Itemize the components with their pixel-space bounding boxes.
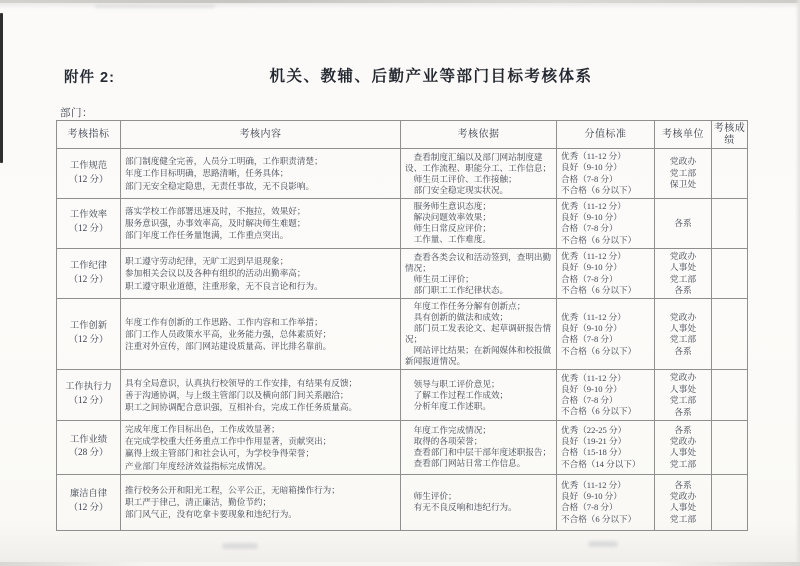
standard-item: 优秀（11-12 分） xyxy=(561,480,650,491)
indicator-name: 工作业绩 xyxy=(61,434,116,448)
basis-item: 师生员工评价、工作接触； xyxy=(405,174,552,185)
unit-item: 人事处 xyxy=(659,447,707,458)
unit-item: 党政办 xyxy=(659,251,707,262)
cell-result xyxy=(712,474,748,530)
unit-item: 党工部 xyxy=(659,459,707,470)
unit-item: 人事处 xyxy=(659,323,707,334)
unit-item: 人事处 xyxy=(659,262,707,273)
unit-item: 各系 xyxy=(659,346,707,357)
unit-item: 各系 xyxy=(659,218,707,229)
table-row: 工作规范 （12 分） 部门制度健全完善，人员分工明确，工作职责清楚； 年度工作… xyxy=(57,149,748,199)
cell-basis: 师生评价； 有无不良反响和违纪行为。 xyxy=(401,474,557,530)
indicator-name: 工作效率 xyxy=(61,209,116,223)
cell-basis: 年度工作完成情况； 取得的各项荣誉； 查看部门和中层干部年度述职报告； 查看部门… xyxy=(401,421,557,475)
basis-item: 年度工作任务分解有创新点； xyxy=(405,301,552,312)
content-item: 年度工作有创新的工作思路、工作内容和工作举措； xyxy=(125,316,396,328)
unit-item: 党工部 xyxy=(659,274,707,285)
cell-units: 党政办 人事处 党工部 各系 xyxy=(655,248,712,299)
table-row: 工作纪律 （12 分） 职工遵守劳动纪律，无旷工迟到早退现象； 参加相关会议以及… xyxy=(57,248,748,299)
standard-item: 不合格（6 分以下） xyxy=(561,235,650,246)
page-title: 机关、教辅、后勤产业等部门目标考核体系 xyxy=(0,64,800,86)
basis-item: 工作量、工作难度。 xyxy=(405,234,552,245)
basis-item: 师生评价； xyxy=(405,491,552,502)
cell-result xyxy=(712,299,748,370)
scan-smudge xyxy=(95,5,215,8)
content-item: 职工严于律己，清正廉洁，勤俭节约； xyxy=(125,496,396,508)
basis-item: 部门安全稳定现实状况。 xyxy=(405,185,552,196)
unit-item: 党政办 xyxy=(659,156,707,167)
cell-standard: 优秀（11-12 分） 良好（9-10 分） 合格（7-8 分） 不合格（6 分… xyxy=(557,149,655,199)
column-header-result: 考核成绩 xyxy=(712,121,748,149)
unit-item: 各系 xyxy=(659,425,707,436)
column-header-content: 考核内容 xyxy=(121,121,401,149)
department-label: 部门： xyxy=(60,105,93,120)
cell-units: 各系 党政办 人事处 党工部 xyxy=(655,474,712,530)
indicator-score: （12 分） xyxy=(61,502,116,516)
standard-item: 合格（7-8 分） xyxy=(561,223,650,234)
content-item: 部门年度工作任务量饱满，工作重点突出。 xyxy=(125,229,396,241)
standard-item: 不合格（6 分以下） xyxy=(561,346,650,357)
standard-item: 优秀（11-12 分） xyxy=(561,201,650,212)
content-item: 部门无安全稳定隐患，无责任事故，无不良影响。 xyxy=(125,180,396,192)
scan-smudge xyxy=(588,541,618,547)
standard-item: 不合格（6 分以下） xyxy=(561,406,650,417)
standard-item: 良好（9-10 分） xyxy=(561,323,650,334)
basis-item: 查看部门网站日常工作信息。 xyxy=(405,458,552,469)
standard-item: 合格（7-8 分） xyxy=(561,395,650,406)
cell-standard: 优秀（11-12 分） 良好（9-10 分） 合格（7-8 分） 不合格（6 分… xyxy=(557,370,655,421)
basis-item: 解决问题效率效果； xyxy=(405,212,552,223)
indicator-score: （12 分） xyxy=(61,274,116,288)
cell-standard: 优秀（11-12 分） 良好（9-10 分） 合格（7-8 分） 不合格（6 分… xyxy=(557,299,655,370)
standard-item: 优秀（11-12 分） xyxy=(561,251,650,262)
cell-basis: 年度工作任务分解有创新点； 具有创新的做法和成效； 部门员工发表论文、起草调研报… xyxy=(401,299,557,370)
standard-item: 合格（15-18 分） xyxy=(561,447,650,458)
basis-item: 部门职工工作纪律状态。 xyxy=(405,285,552,296)
content-item: 完成年度工作目标出色，工作成效显著； xyxy=(125,423,396,435)
standard-item: 良好（9-10 分） xyxy=(561,384,650,395)
cell-indicator: 廉洁自律 （12 分） xyxy=(57,474,121,530)
cell-units: 党政办 人事处 党工部 各系 xyxy=(655,299,712,370)
content-item: 职工遵守劳动纪律，无旷工迟到早退现象； xyxy=(125,255,396,267)
cell-standard: 优秀（11-12 分） 良好（9-10 分） 合格（7-8 分） 不合格（6 分… xyxy=(557,199,655,249)
basis-item: 服务师生意识态度； xyxy=(405,201,552,212)
table-row: 工作业绩 （28 分） 完成年度工作目标出色，工作成效显著； 在完成学校重大任务… xyxy=(57,421,748,475)
standard-item: 良好（9-10 分） xyxy=(561,212,650,223)
standard-item: 不合格（6 分以下） xyxy=(561,285,650,296)
column-header-indicator: 考核指标 xyxy=(57,121,121,149)
content-item: 产业部门年度经济效益指标完成情况。 xyxy=(125,460,396,472)
unit-item: 各系 xyxy=(659,480,707,491)
content-item: 服务意识强，办事效率高，及时解决师生难题； xyxy=(125,217,396,229)
unit-item: 党政办 xyxy=(659,436,707,447)
basis-item: 有无不良反响和违纪行为。 xyxy=(405,502,552,513)
cell-standard: 优秀（11-12 分） 良好（9-10 分） 合格（7-8 分） 不合格（6 分… xyxy=(557,248,655,299)
cell-indicator: 工作业绩 （28 分） xyxy=(57,421,121,475)
content-item: 注重对外宣传，部门网站建设质量高、评比排名靠前。 xyxy=(125,340,396,352)
indicator-score: （12 分） xyxy=(61,334,116,348)
indicator-score: （12 分） xyxy=(61,395,116,409)
table-row: 廉洁自律 （12 分） 推行校务公开和阳光工程，公平公正，无暗箱操作行为； 职工… xyxy=(57,474,748,530)
assessment-table: 考核指标 考核内容 考核依据 分值标准 考核单位 考核成绩 工作规范 （12 分… xyxy=(56,120,748,531)
standard-item: 合格（7-8 分） xyxy=(561,502,650,513)
indicator-name: 工作创新 xyxy=(61,320,116,334)
basis-item: 查看部门和中层干部年度述职报告； xyxy=(405,447,552,458)
unit-item: 保卫处 xyxy=(659,179,707,190)
content-item: 在完成学校重大任务重点工作中作用显著，贡献突出； xyxy=(125,435,396,447)
scan-smudge xyxy=(222,543,258,549)
cell-standard: 优秀（22-25 分） 良好（19-21 分） 合格（15-18 分） 不合格（… xyxy=(557,421,655,475)
cell-content: 落实学校工作部署迅速及时，不拖拉，效果好； 服务意识强，办事效率高，及时解决师生… xyxy=(121,199,401,249)
cell-indicator: 工作执行力 （12 分） xyxy=(57,370,121,421)
indicator-name: 廉洁自律 xyxy=(61,488,116,502)
standard-item: 良好（9-10 分） xyxy=(561,162,650,173)
content-item: 善于沟通协调，与上级主管部门以及横向部门间关系融洽； xyxy=(125,389,396,401)
content-item: 推行校务公开和阳光工程，公平公正，无暗箱操作行为； xyxy=(125,484,396,496)
standard-item: 不合格（6 分以下） xyxy=(561,185,650,196)
cell-units: 各系 党政办 人事处 党工部 xyxy=(655,421,712,475)
unit-item: 党工部 xyxy=(659,395,707,406)
cell-indicator: 工作效率 （12 分） xyxy=(57,199,121,249)
content-item: 部门风气正，没有吃拿卡要现象和违纪行为。 xyxy=(125,508,396,520)
scan-edge-bottom xyxy=(0,562,800,566)
content-item: 赢得上级主管部门和社会认可，为学校争得荣誉； xyxy=(125,447,396,459)
scan-edge-top xyxy=(0,0,800,3)
cell-result xyxy=(712,248,748,299)
basis-item: 领导与职工评价意见； xyxy=(405,379,552,390)
basis-item: 分析年度工作述职。 xyxy=(405,401,552,412)
unit-item: 党工部 xyxy=(659,334,707,345)
table-row: 工作效率 （12 分） 落实学校工作部署迅速及时，不拖拉，效果好； 服务意识强，… xyxy=(57,199,748,249)
basis-item: 师生日常反应评价； xyxy=(405,223,552,234)
cell-indicator: 工作创新 （12 分） xyxy=(57,299,121,370)
content-item: 具有全局意识，认真执行校领导的工作安排，有结果有反馈； xyxy=(125,377,396,389)
standard-item: 合格（7-8 分） xyxy=(561,174,650,185)
cell-result xyxy=(712,370,748,421)
standard-item: 合格（7-8 分） xyxy=(561,334,650,345)
column-header-basis: 考核依据 xyxy=(401,121,557,149)
basis-item: 具有创新的做法和成效； xyxy=(405,312,552,323)
unit-item: 党工部 xyxy=(659,514,707,525)
standard-item: 良好（9-10 分） xyxy=(561,491,650,502)
content-item: 参加相关会议以及各种有组织的活动出勤率高； xyxy=(125,267,396,279)
basis-item: 师生员工评价； xyxy=(405,274,552,285)
unit-item: 各系 xyxy=(659,285,707,296)
cell-result xyxy=(712,199,748,249)
cell-result xyxy=(712,421,748,475)
cell-result xyxy=(712,149,748,199)
standard-item: 优秀（22-25 分） xyxy=(561,425,650,436)
basis-item: 了解工作过程工作成效； xyxy=(405,390,552,401)
standard-item: 不合格（14 分以下） xyxy=(561,459,650,470)
cell-content: 部门制度健全完善，人员分工明确，工作职责清楚； 年度工作目标明确，思路清晰，任务… xyxy=(121,149,401,199)
column-header-unit: 考核单位 xyxy=(655,121,712,149)
cell-content: 具有全局意识，认真执行校领导的工作安排，有结果有反馈； 善于沟通协调，与上级主管… xyxy=(121,370,401,421)
cell-units: 各系 xyxy=(655,199,712,249)
cell-standard: 优秀（11-12 分） 良好（9-10 分） 合格（7-8 分） 不合格（6 分… xyxy=(557,474,655,530)
content-item: 职工之间协调配合意识强，互相补台，完成工作任务质量高。 xyxy=(125,401,396,413)
indicator-score: （28 分） xyxy=(61,447,116,461)
unit-item: 人事处 xyxy=(659,384,707,395)
unit-item: 各系 xyxy=(659,407,707,418)
column-header-standard: 分值标准 xyxy=(557,121,655,149)
standard-item: 良好（19-21 分） xyxy=(561,436,650,447)
standard-item: 不合格（6 分以下） xyxy=(561,514,650,525)
content-item: 年度工作目标明确，思路清晰，任务具体； xyxy=(125,167,396,179)
content-item: 部门制度健全完善，人员分工明确，工作职责清楚； xyxy=(125,155,396,167)
scan-edge-mark xyxy=(0,13,3,163)
cell-units: 党政办 党工部 保卫处 xyxy=(655,149,712,199)
table-row: 工作创新 （12 分） 年度工作有创新的工作思路、工作内容和工作举措； 部门工作… xyxy=(57,299,748,370)
basis-item: 网站评比结果；在新闻媒体和校报做新闻报道情况。 xyxy=(405,345,552,367)
cell-content: 年度工作有创新的工作思路、工作内容和工作举措； 部门工作人员政策水平高，业务能力… xyxy=(121,299,401,370)
content-item: 职工遵守职业道德，注重形象，无不良言论和行为。 xyxy=(125,280,396,292)
unit-item: 党政办 xyxy=(659,491,707,502)
basis-item: 部门员工发表论文、起草调研报告情况； xyxy=(405,323,552,345)
content-item: 落实学校工作部署迅速及时，不拖拉，效果好； xyxy=(125,205,396,217)
cell-content: 推行校务公开和阳光工程，公平公正，无暗箱操作行为； 职工严于律己，清正廉洁，勤俭… xyxy=(121,474,401,530)
basis-item: 查看各类会议和活动签到，查明出勤情况； xyxy=(405,252,552,274)
header-row: 考核指标 考核内容 考核依据 分值标准 考核单位 考核成绩 xyxy=(57,121,748,149)
standard-item: 良好（9-10 分） xyxy=(561,262,650,273)
standard-item: 优秀（11-12 分） xyxy=(561,151,650,162)
unit-item: 党政办 xyxy=(659,372,707,383)
indicator-name: 工作纪律 xyxy=(61,260,116,274)
content-item: 部门工作人员政策水平高，业务能力强，总体素质好； xyxy=(125,328,396,340)
indicator-score: （12 分） xyxy=(61,223,116,237)
indicator-name: 工作执行力 xyxy=(61,381,116,395)
basis-item: 查看制度汇编以及部门网站制度建设、工作流程、职能分工、工作信息； xyxy=(405,152,552,174)
cell-indicator: 工作纪律 （12 分） xyxy=(57,248,121,299)
standard-item: 合格（7-8 分） xyxy=(561,274,650,285)
cell-indicator: 工作规范 （12 分） xyxy=(57,149,121,199)
unit-item: 党政办 xyxy=(659,312,707,323)
indicator-score: （12 分） xyxy=(61,174,116,188)
cell-content: 完成年度工作目标出色，工作成效显著； 在完成学校重大任务重点工作中作用显著，贡献… xyxy=(121,421,401,475)
basis-item: 取得的各项荣誉； xyxy=(405,436,552,447)
cell-content: 职工遵守劳动纪律，无旷工迟到早退现象； 参加相关会议以及各种有组织的活动出勤率高… xyxy=(121,248,401,299)
table-row: 工作执行力 （12 分） 具有全局意识，认真执行校领导的工作安排，有结果有反馈；… xyxy=(57,370,748,421)
standard-item: 优秀（11-12 分） xyxy=(561,373,650,384)
cell-basis: 查看各类会议和活动签到，查明出勤情况； 师生员工评价； 部门职工工作纪律状态。 xyxy=(401,248,557,299)
cell-basis: 领导与职工评价意见； 了解工作过程工作成效； 分析年度工作述职。 xyxy=(401,370,557,421)
cell-units: 党政办 人事处 党工部 各系 xyxy=(655,370,712,421)
basis-item: 年度工作完成情况； xyxy=(405,425,552,436)
unit-item: 党工部 xyxy=(659,168,707,179)
unit-item: 人事处 xyxy=(659,502,707,513)
cell-basis: 服务师生意识态度； 解决问题效率效果； 师生日常反应评价； 工作量、工作难度。 xyxy=(401,199,557,249)
indicator-name: 工作规范 xyxy=(61,160,116,174)
cell-basis: 查看制度汇编以及部门网站制度建设、工作流程、职能分工、工作信息； 师生员工评价、… xyxy=(401,149,557,199)
standard-item: 优秀（11-12 分） xyxy=(561,312,650,323)
